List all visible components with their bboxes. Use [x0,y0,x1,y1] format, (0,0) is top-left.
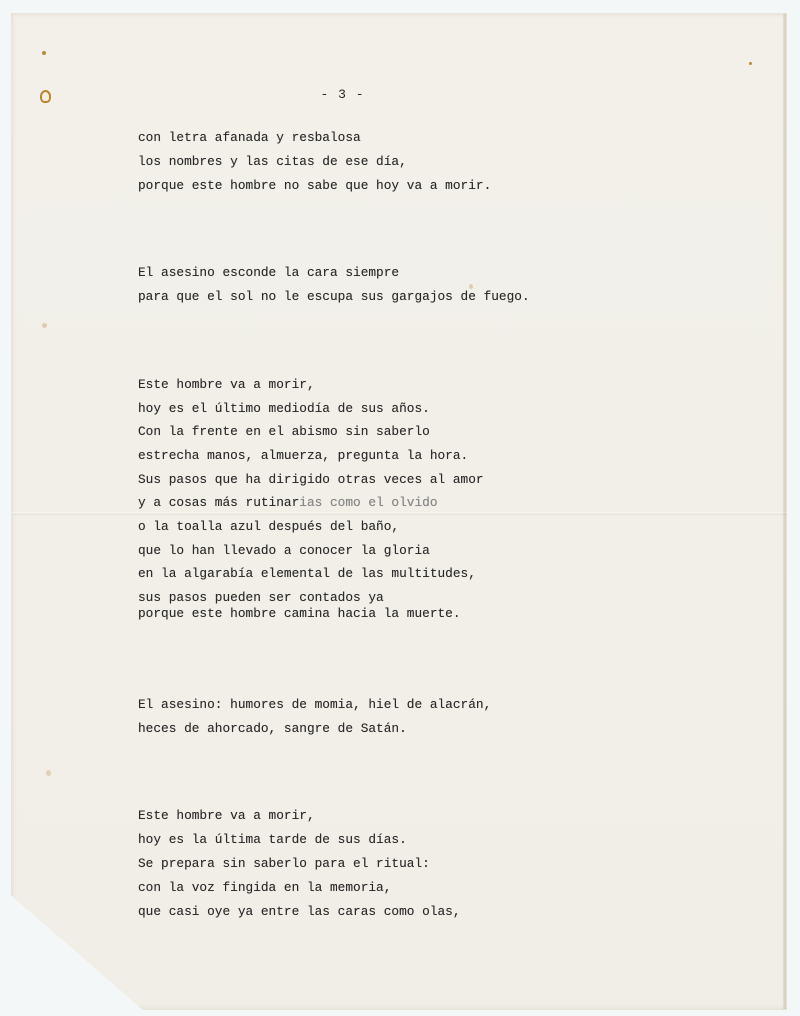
poem-line: porque este hombre no sabe que hoy va a … [138,178,491,194]
poem-line-faded: y a cosas más rutinarias como el olvido [138,495,438,511]
poem-line: hoy es la última tarde de sus días. [138,832,407,848]
paper-stain [42,323,47,328]
poem-line: que lo han llevado a conocer la gloria [138,543,430,559]
poem-line: con letra afanada y resbalosa [138,130,361,146]
poem-line: Este hombre va a morir, [138,377,315,393]
poem-line: Se prepara sin saberlo para el ritual: [138,856,430,872]
poem-line: El asesino esconde la cara siempre [138,265,399,281]
paper-stain [46,770,51,776]
poem-line: Con la frente en el abismo sin saberlo [138,424,430,440]
poem-line: Sus pasos que ha dirigido otras veces al… [138,472,484,488]
poem-line: para que el sol no le escupa sus gargajo… [138,289,530,305]
poem-line: con la voz fingida en la memoria, [138,880,391,896]
poem-line: El asesino: humores de momia, hiel de al… [138,697,491,713]
poem-line: porque este hombre camina hacia la muert… [138,606,461,622]
paper-stain [749,62,752,65]
poem-line: o la toalla azul después del baño, [138,519,399,535]
poem-line-faded-part: ias como el olvido [299,495,437,510]
scanned-page: - 3 - con letra afanada y resbalosa los … [0,0,800,1016]
page-number: - 3 - [0,87,685,102]
poem-line: hoy es el último mediodía de sus años. [138,401,430,417]
paper-stain [42,51,46,55]
poem-line: los nombres y las citas de ese día, [138,154,407,170]
poem-line: Este hombre va a morir, [138,808,315,824]
poem-line: estrecha manos, almuerza, pregunta la ho… [138,448,468,464]
poem-line: en la algarabía elemental de las multitu… [138,566,476,582]
paper-edge [783,14,786,1009]
poem-line: heces de ahorcado, sangre de Satán. [138,721,407,737]
poem-line: sus pasos pueden ser contados ya [138,590,384,606]
poem-line: que casi oye ya entre las caras como ola… [138,904,461,920]
poem-line-part: y a cosas más rutinar [138,495,299,510]
